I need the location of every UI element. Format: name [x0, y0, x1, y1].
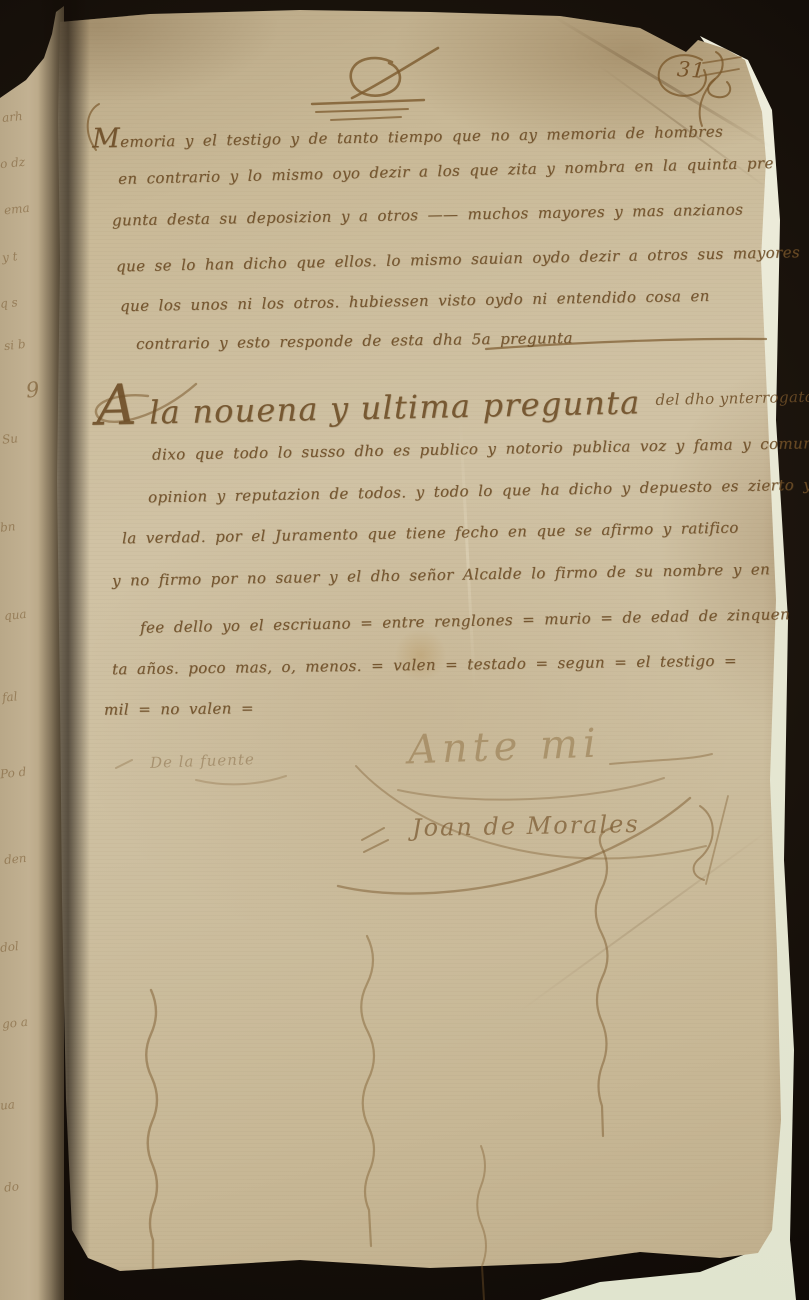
- margin-text-fragment: dol: [0, 939, 19, 955]
- folio-number: 31: [676, 57, 706, 83]
- margin-text-fragment: do: [3, 1179, 19, 1194]
- witness-signature: De la fuente: [150, 750, 255, 772]
- ante-mi-inscription: Ante mi: [407, 721, 601, 774]
- margin-text-fragment: qua: [3, 607, 27, 623]
- margin-text-fragment: bn: [0, 519, 16, 535]
- margin-text-fragment: go a: [1, 1015, 28, 1032]
- margin-text-fragment: q s: [0, 295, 18, 311]
- margin-text-fragment: o dz: [0, 155, 26, 172]
- margin-text-fragment: Po d: [0, 765, 27, 782]
- opening-phrase: A la nouena y ultima pregunta: [95, 362, 641, 438]
- margin-text-fragment: Su: [1, 431, 18, 447]
- margin-text-fragment: y t: [1, 249, 18, 265]
- margin-text-fragment: fal: [1, 689, 18, 705]
- opening-suffix: del dho ynterrogatorio: [655, 387, 809, 409]
- manuscript-page: [0, 0, 809, 1300]
- margin-text-fragment: den: [3, 851, 27, 867]
- notary-signature: Joan de Morales: [412, 810, 640, 842]
- manuscript-photograph: arh o dz ema y t q s si b 9 Su bn qua fa…: [0, 0, 809, 1300]
- binding-gutter-shadow: [38, 0, 90, 1300]
- margin-text-fragment: si b: [3, 337, 26, 353]
- manuscript-line: mil = no valen =: [104, 699, 254, 719]
- margin-text-fragment: ema: [3, 201, 30, 218]
- margin-text-fragment: ua: [0, 1097, 16, 1112]
- margin-text-fragment: arh: [1, 109, 23, 125]
